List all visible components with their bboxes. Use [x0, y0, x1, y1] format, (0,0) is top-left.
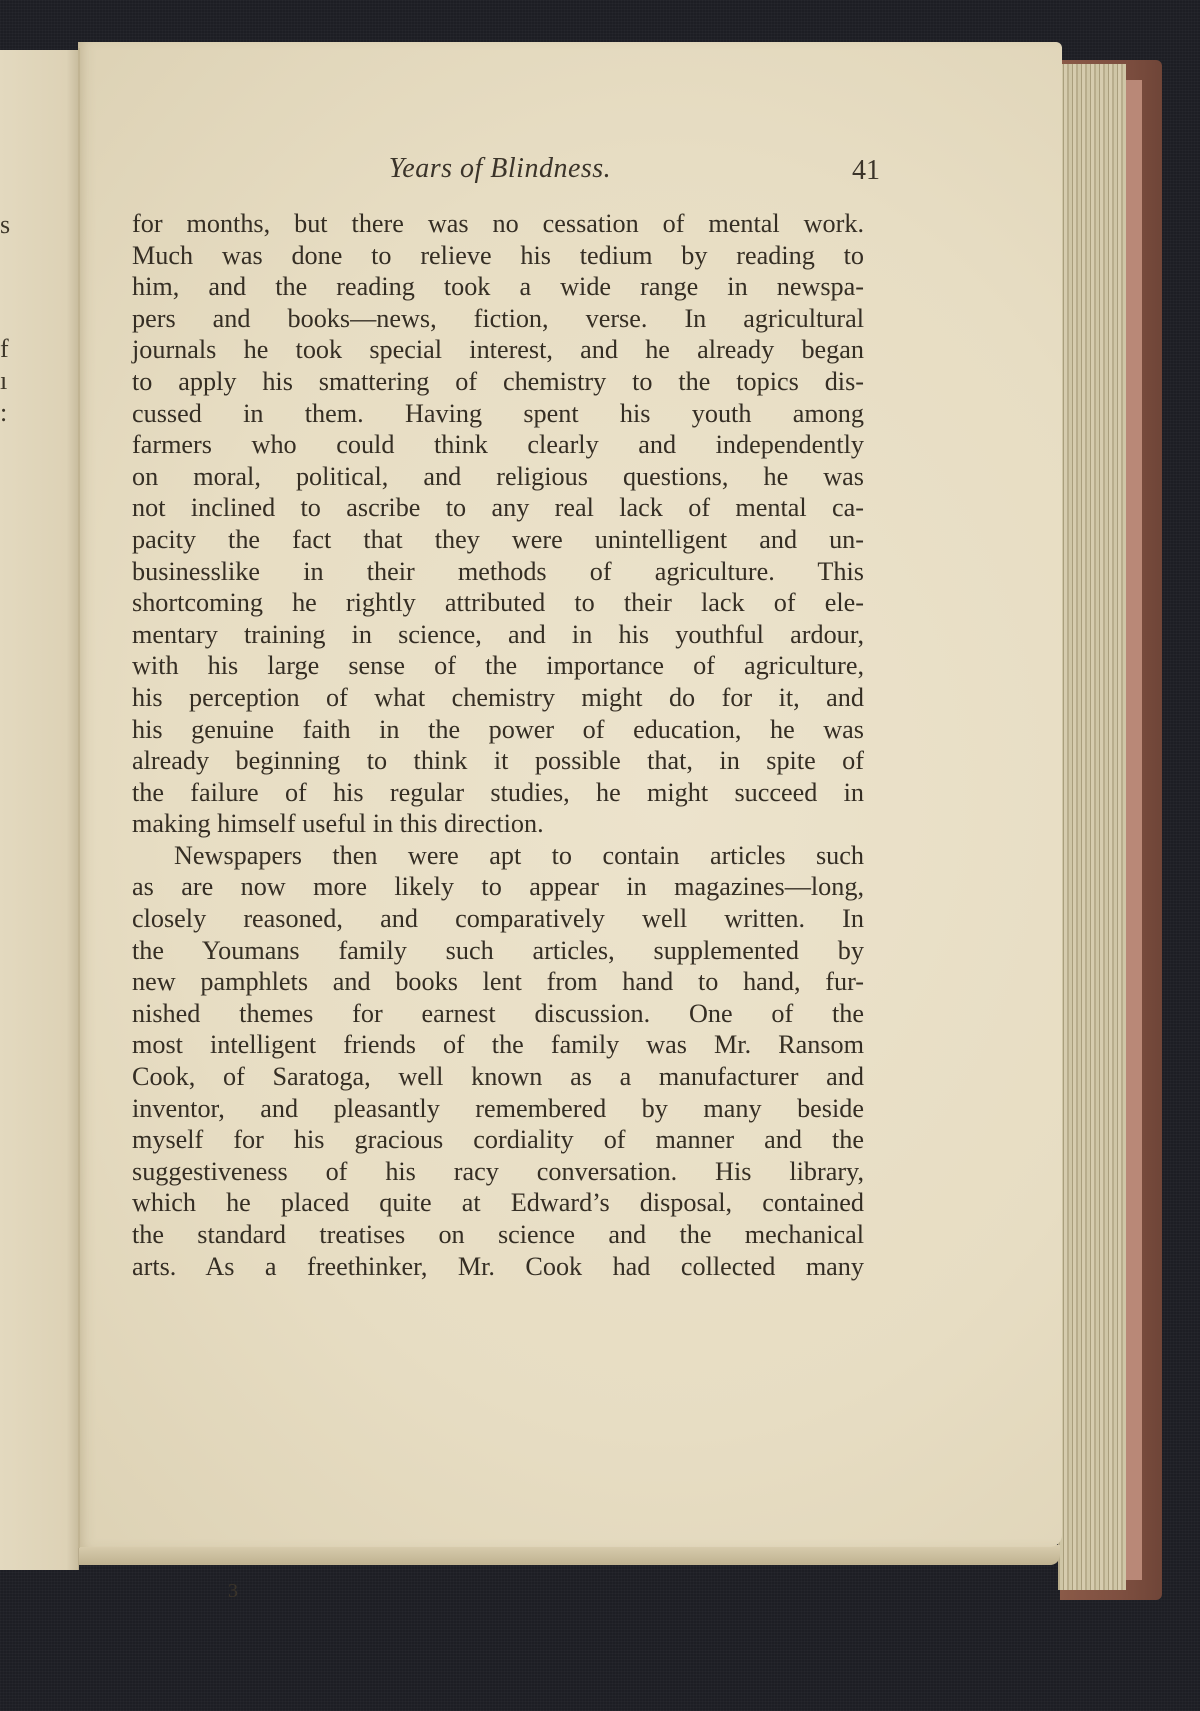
text-line: with his large sense of the importance o…	[132, 650, 864, 682]
text-line: cussed in them. Having spent his youth a…	[132, 398, 864, 430]
text-line: myself for his gracious cordiality of ma…	[132, 1124, 864, 1156]
left-page: s f ı :	[0, 50, 79, 1570]
signature-mark: 3	[228, 1580, 238, 1603]
text-line: businesslike in their methods of agricul…	[132, 556, 864, 588]
page-stack-bottom	[40, 1545, 1060, 1565]
text-line: mentary training in science, and in his …	[132, 619, 864, 651]
body-text: for months, but there was no cessation o…	[132, 208, 864, 1282]
text-line: which he placed quite at Edward’s dispos…	[132, 1187, 864, 1219]
text-line: making himself useful in this direction.	[132, 808, 864, 840]
text-line: already beginning to think it possible t…	[132, 745, 864, 777]
text-line: his perception of what chemistry might d…	[132, 682, 864, 714]
text-line: journals he took special interest, and h…	[132, 334, 864, 366]
text-line: inventor, and pleasantly remembered by m…	[132, 1093, 864, 1125]
paragraph: Newspapers then were apt to contain arti…	[132, 840, 864, 1282]
text-line: his genuine faith in the power of educat…	[132, 714, 864, 746]
running-title: Years of Blindness.	[130, 153, 870, 185]
running-head: Years of Blindness. 41	[130, 153, 870, 193]
text-line: suggestiveness of his racy conversation.…	[132, 1156, 864, 1188]
text-line: the failure of his regular studies, he m…	[132, 777, 864, 809]
text-line: on moral, political, and religious quest…	[132, 461, 864, 493]
text-line: to apply his smattering of chemistry to …	[132, 366, 864, 398]
gutter	[78, 48, 80, 1548]
text-line: the Youmans family such articles, supple…	[132, 935, 864, 967]
left-page-fragment: :	[0, 398, 7, 428]
text-line: farmers who could think clearly and inde…	[132, 429, 864, 461]
text-line: Much was done to relieve his tedium by r…	[132, 240, 864, 272]
paragraph: for months, but there was no cessation o…	[132, 208, 864, 840]
text-line: Cook, of Saratoga, well known as a manuf…	[132, 1061, 864, 1093]
text-line: as are now more likely to appear in maga…	[132, 871, 864, 903]
text-line: pers and books—news, fiction, verse. In …	[132, 303, 864, 335]
text-line: shortcoming he rightly attributed to the…	[132, 587, 864, 619]
text-line: new pamphlets and books lent from hand t…	[132, 966, 864, 998]
text-line: him, and the reading took a wide range i…	[132, 271, 864, 303]
text-line: the standard treatises on science and th…	[132, 1219, 864, 1251]
left-page-fragment: f	[0, 334, 9, 364]
page-fore-edge	[1058, 64, 1126, 1590]
text-line: pacity the fact that they were unintelli…	[132, 524, 864, 556]
text-line: closely reasoned, and comparatively well…	[132, 903, 864, 935]
cover-board-edge	[1126, 80, 1142, 1580]
page-number: 41	[852, 155, 880, 187]
text-line: for months, but there was no cessation o…	[132, 208, 864, 240]
text-line: arts. As a freethinker, Mr. Cook had col…	[132, 1251, 864, 1283]
left-page-fragment: s	[0, 210, 10, 240]
left-page-fragment: ı	[0, 366, 7, 396]
text-line: not inclined to ascribe to any real lack…	[132, 492, 864, 524]
text-line: Newspapers then were apt to contain arti…	[132, 840, 864, 872]
text-line: most intelligent friends of the family w…	[132, 1029, 864, 1061]
text-line: nished themes for earnest discussion. On…	[132, 998, 864, 1030]
